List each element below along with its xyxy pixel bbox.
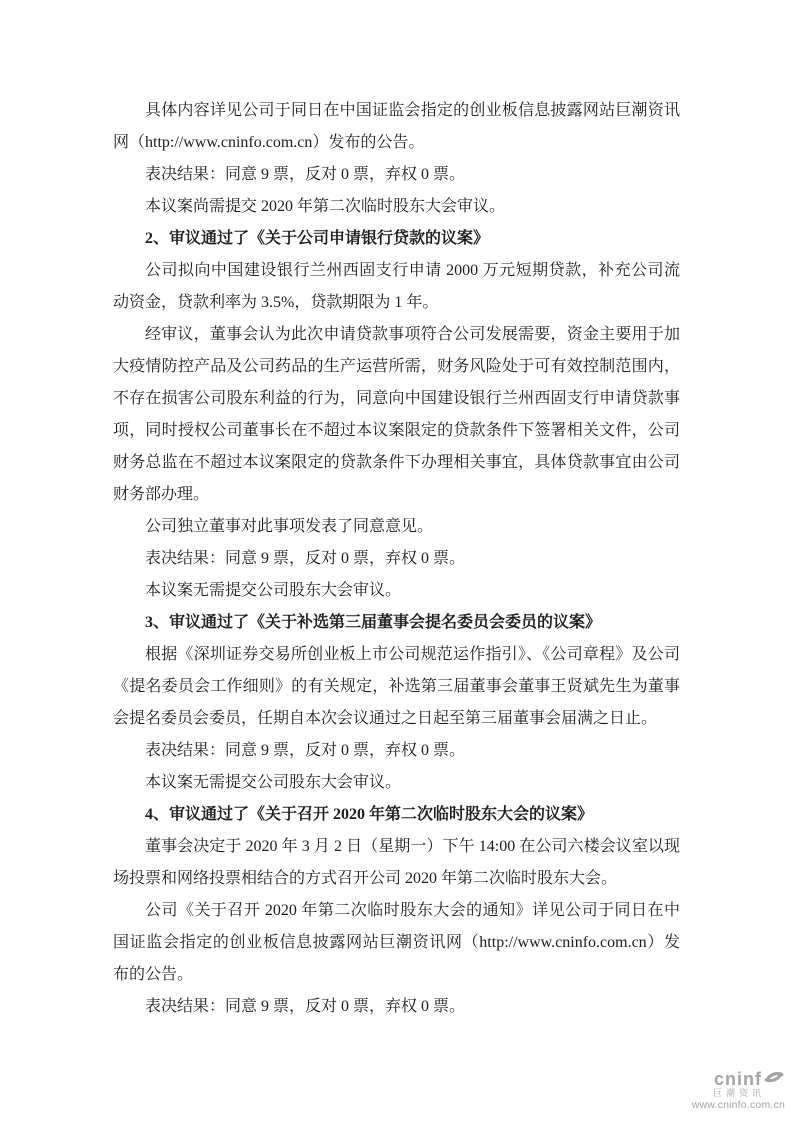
cninfo-logo-row: cninf [692, 1070, 785, 1088]
paragraph: 本议案无需提交公司股东大会审议。 [113, 575, 680, 607]
cninfo-chinese-label: 巨潮资讯 [692, 1088, 785, 1099]
cninfo-swirl-icon [763, 1066, 785, 1088]
paragraph: 根据《深圳证券交易所创业板上市公司规范运作指引》、《公司章程》及公司《提名委员会… [113, 639, 680, 735]
paragraph: 经审议，董事会认为此次申请贷款事项符合公司发展需要，资金主要用于加大疫情防控产品… [113, 319, 680, 511]
paragraph: 表决结果：同意 9 票，反对 0 票，弃权 0 票。 [113, 991, 680, 1023]
section-heading: 3、审议通过了《关于补选第三届董事会提名委员会委员的议案》 [113, 607, 680, 639]
paragraph: 公司拟向中国建设银行兰州西固支行申请 2000 万元短期贷款，补充公司流动资金，… [113, 255, 680, 319]
paragraph: 表决结果：同意 9 票，反对 0 票，弃权 0 票。 [113, 159, 680, 191]
cninfo-logo: cninf 巨潮资讯 www.cninfo.com.cn [692, 1070, 785, 1112]
paragraph: 表决结果：同意 9 票，反对 0 票，弃权 0 票。 [113, 735, 680, 767]
section-heading: 4、审议通过了《关于召开 2020 年第二次临时股东大会的议案》 [113, 799, 680, 831]
paragraph: 具体内容详见公司于同日在中国证监会指定的创业板信息披露网站巨潮资讯网（http:… [113, 95, 680, 159]
cninfo-url: www.cninfo.com.cn [692, 1099, 785, 1112]
paragraph: 本议案尚需提交 2020 年第二次临时股东大会审议。 [113, 191, 680, 223]
paragraph: 公司《关于召开 2020 年第二次临时股东大会的通知》详见公司于同日在中国证监会… [113, 895, 680, 991]
document-page: 具体内容详见公司于同日在中国证监会指定的创业板信息披露网站巨潮资讯网（http:… [0, 0, 793, 1122]
section-heading: 2、审议通过了《关于公司申请银行贷款的议案》 [113, 223, 680, 255]
cninfo-logo-word: cninf [714, 1070, 762, 1088]
paragraph: 公司独立董事对此事项发表了同意意见。 [113, 511, 680, 543]
paragraph: 董事会决定于 2020 年 3 月 2 日（星期一）下午 14:00 在公司六楼… [113, 831, 680, 895]
document-body: 具体内容详见公司于同日在中国证监会指定的创业板信息披露网站巨潮资讯网（http:… [113, 95, 680, 1023]
paragraph: 本议案无需提交公司股东大会审议。 [113, 767, 680, 799]
paragraph: 表决结果：同意 9 票，反对 0 票，弃权 0 票。 [113, 543, 680, 575]
